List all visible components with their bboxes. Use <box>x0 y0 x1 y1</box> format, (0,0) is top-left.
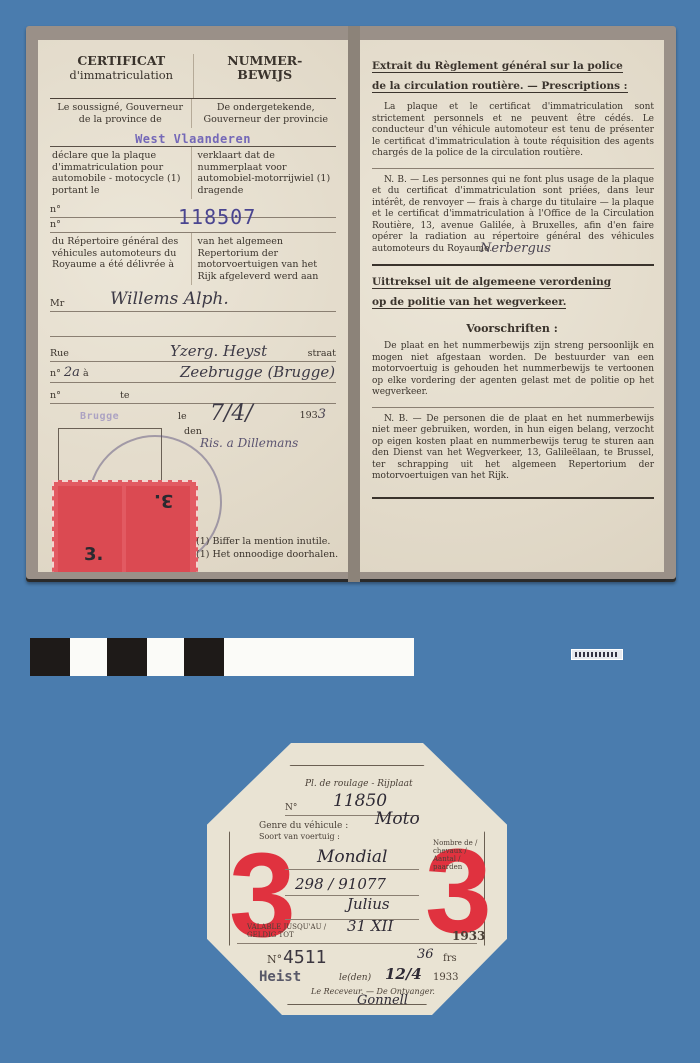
color-scale-bar <box>30 638 414 676</box>
disc-year: 1933 <box>452 929 485 943</box>
voorschriften-heading: Voorschriften : <box>360 322 664 335</box>
declare-fr: déclare que la plaque d'immatriculation … <box>50 147 191 199</box>
city: Zeebrugge (Brugge) <box>180 363 335 381</box>
street: Yzerg. Heyst <box>170 342 267 360</box>
plate-number: 11850 <box>333 791 387 811</box>
vehicle-model: Julius <box>347 895 390 913</box>
prescriptions-nl: De plaat en het nummerbewijs zijn streng… <box>372 341 654 399</box>
owner-name: Willems Alph. <box>110 289 229 309</box>
vehicle-number: 298 / 91077 <box>295 875 386 893</box>
repertoire-fr: du Répertoire général des véhicules auto… <box>50 233 191 285</box>
certificate-header: CERTIFICAT d'immatriculation NUMMER- BEW… <box>50 40 336 99</box>
subtitle-fr: d'immatriculation <box>50 68 193 82</box>
declare-nl: verklaart dat de nummerplaat voor automo… <box>191 147 337 199</box>
valid-until: 31 XII <box>347 917 393 935</box>
receiver-signature: Gonnell <box>357 993 408 1008</box>
issue-date: 7/4/ <box>210 401 253 426</box>
fiscal-stamp: 3. 3. <box>52 480 198 572</box>
prescriptions-fr: La plaque et le certificat d'immatricula… <box>372 102 654 160</box>
subtitle-nl: BEWIJS <box>194 68 337 82</box>
certificate-page: CERTIFICAT d'immatriculation NUMMER- BEW… <box>38 40 348 572</box>
footnote: (1) Biffer la mention inutile. (1) Het o… <box>196 536 338 561</box>
tax-disc: 3 3 Pl. de roulage - Rijplaat N° 11850 G… <box>207 743 507 1015</box>
booklet-spine <box>348 26 360 582</box>
nb-nl: N. B. — De personen die de plaat en het … <box>372 414 654 483</box>
barcode-label <box>571 649 623 660</box>
intro-fr: Le soussigné, Gouverneur de la province … <box>50 99 191 128</box>
heading-nl: Uittreksel uit de algemeene verordening … <box>372 272 654 312</box>
title-nl: NUMMER- <box>194 54 337 68</box>
issued-date: 12/4 <box>385 965 422 983</box>
governor-signature: Ris. a Dillemans <box>200 436 298 450</box>
heading-fr: Extrait du Règlement général sur la poli… <box>372 56 654 96</box>
province-stamp: West Vlaanderen <box>135 132 251 146</box>
repertoire-nl: van het algemeen Repertorium der motorvo… <box>191 233 337 285</box>
vehicle-type: Moto <box>375 809 420 829</box>
intro-nl: De ondergetekende, Gouverneur der provin… <box>191 99 337 128</box>
house-number: 2a <box>64 365 80 380</box>
receipt-number: 4511 <box>283 947 326 968</box>
regulations-page: Extrait du Règlement général sur la poli… <box>360 40 664 572</box>
office-stamp: Heist <box>259 969 301 985</box>
amount: 36 <box>417 947 434 962</box>
registration-booklet: CERTIFICAT d'immatriculation NUMMER- BEW… <box>26 26 676 582</box>
disc-header: Pl. de roulage - Rijplaat <box>305 779 413 789</box>
city-stamp: Brugge <box>80 411 119 422</box>
vehicle-make: Mondial <box>317 847 387 867</box>
title-fr: CERTIFICAT <box>50 54 193 68</box>
